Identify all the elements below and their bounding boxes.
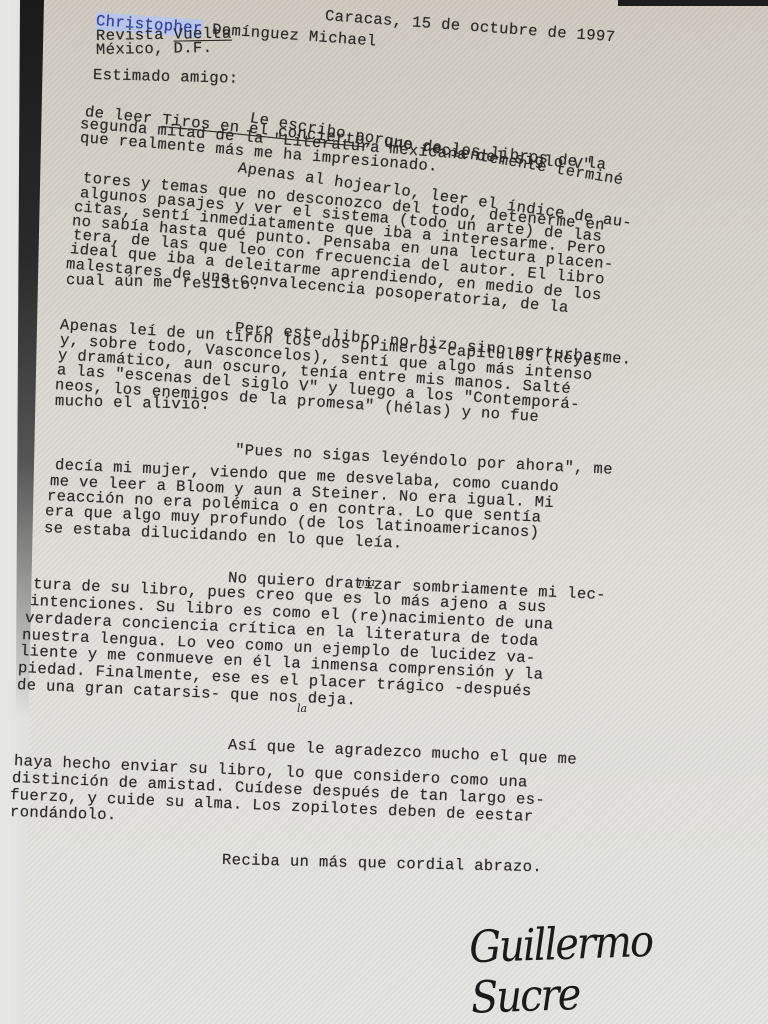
handwritten-note: la	[297, 702, 307, 715]
background-edge	[618, 0, 768, 6]
letter-line: rondándolo.	[10, 804, 117, 824]
recipient-city: México, D.F.	[96, 40, 213, 59]
handwritten-note: ma	[358, 576, 375, 589]
signature: Guillermo Sucre	[468, 912, 768, 1024]
